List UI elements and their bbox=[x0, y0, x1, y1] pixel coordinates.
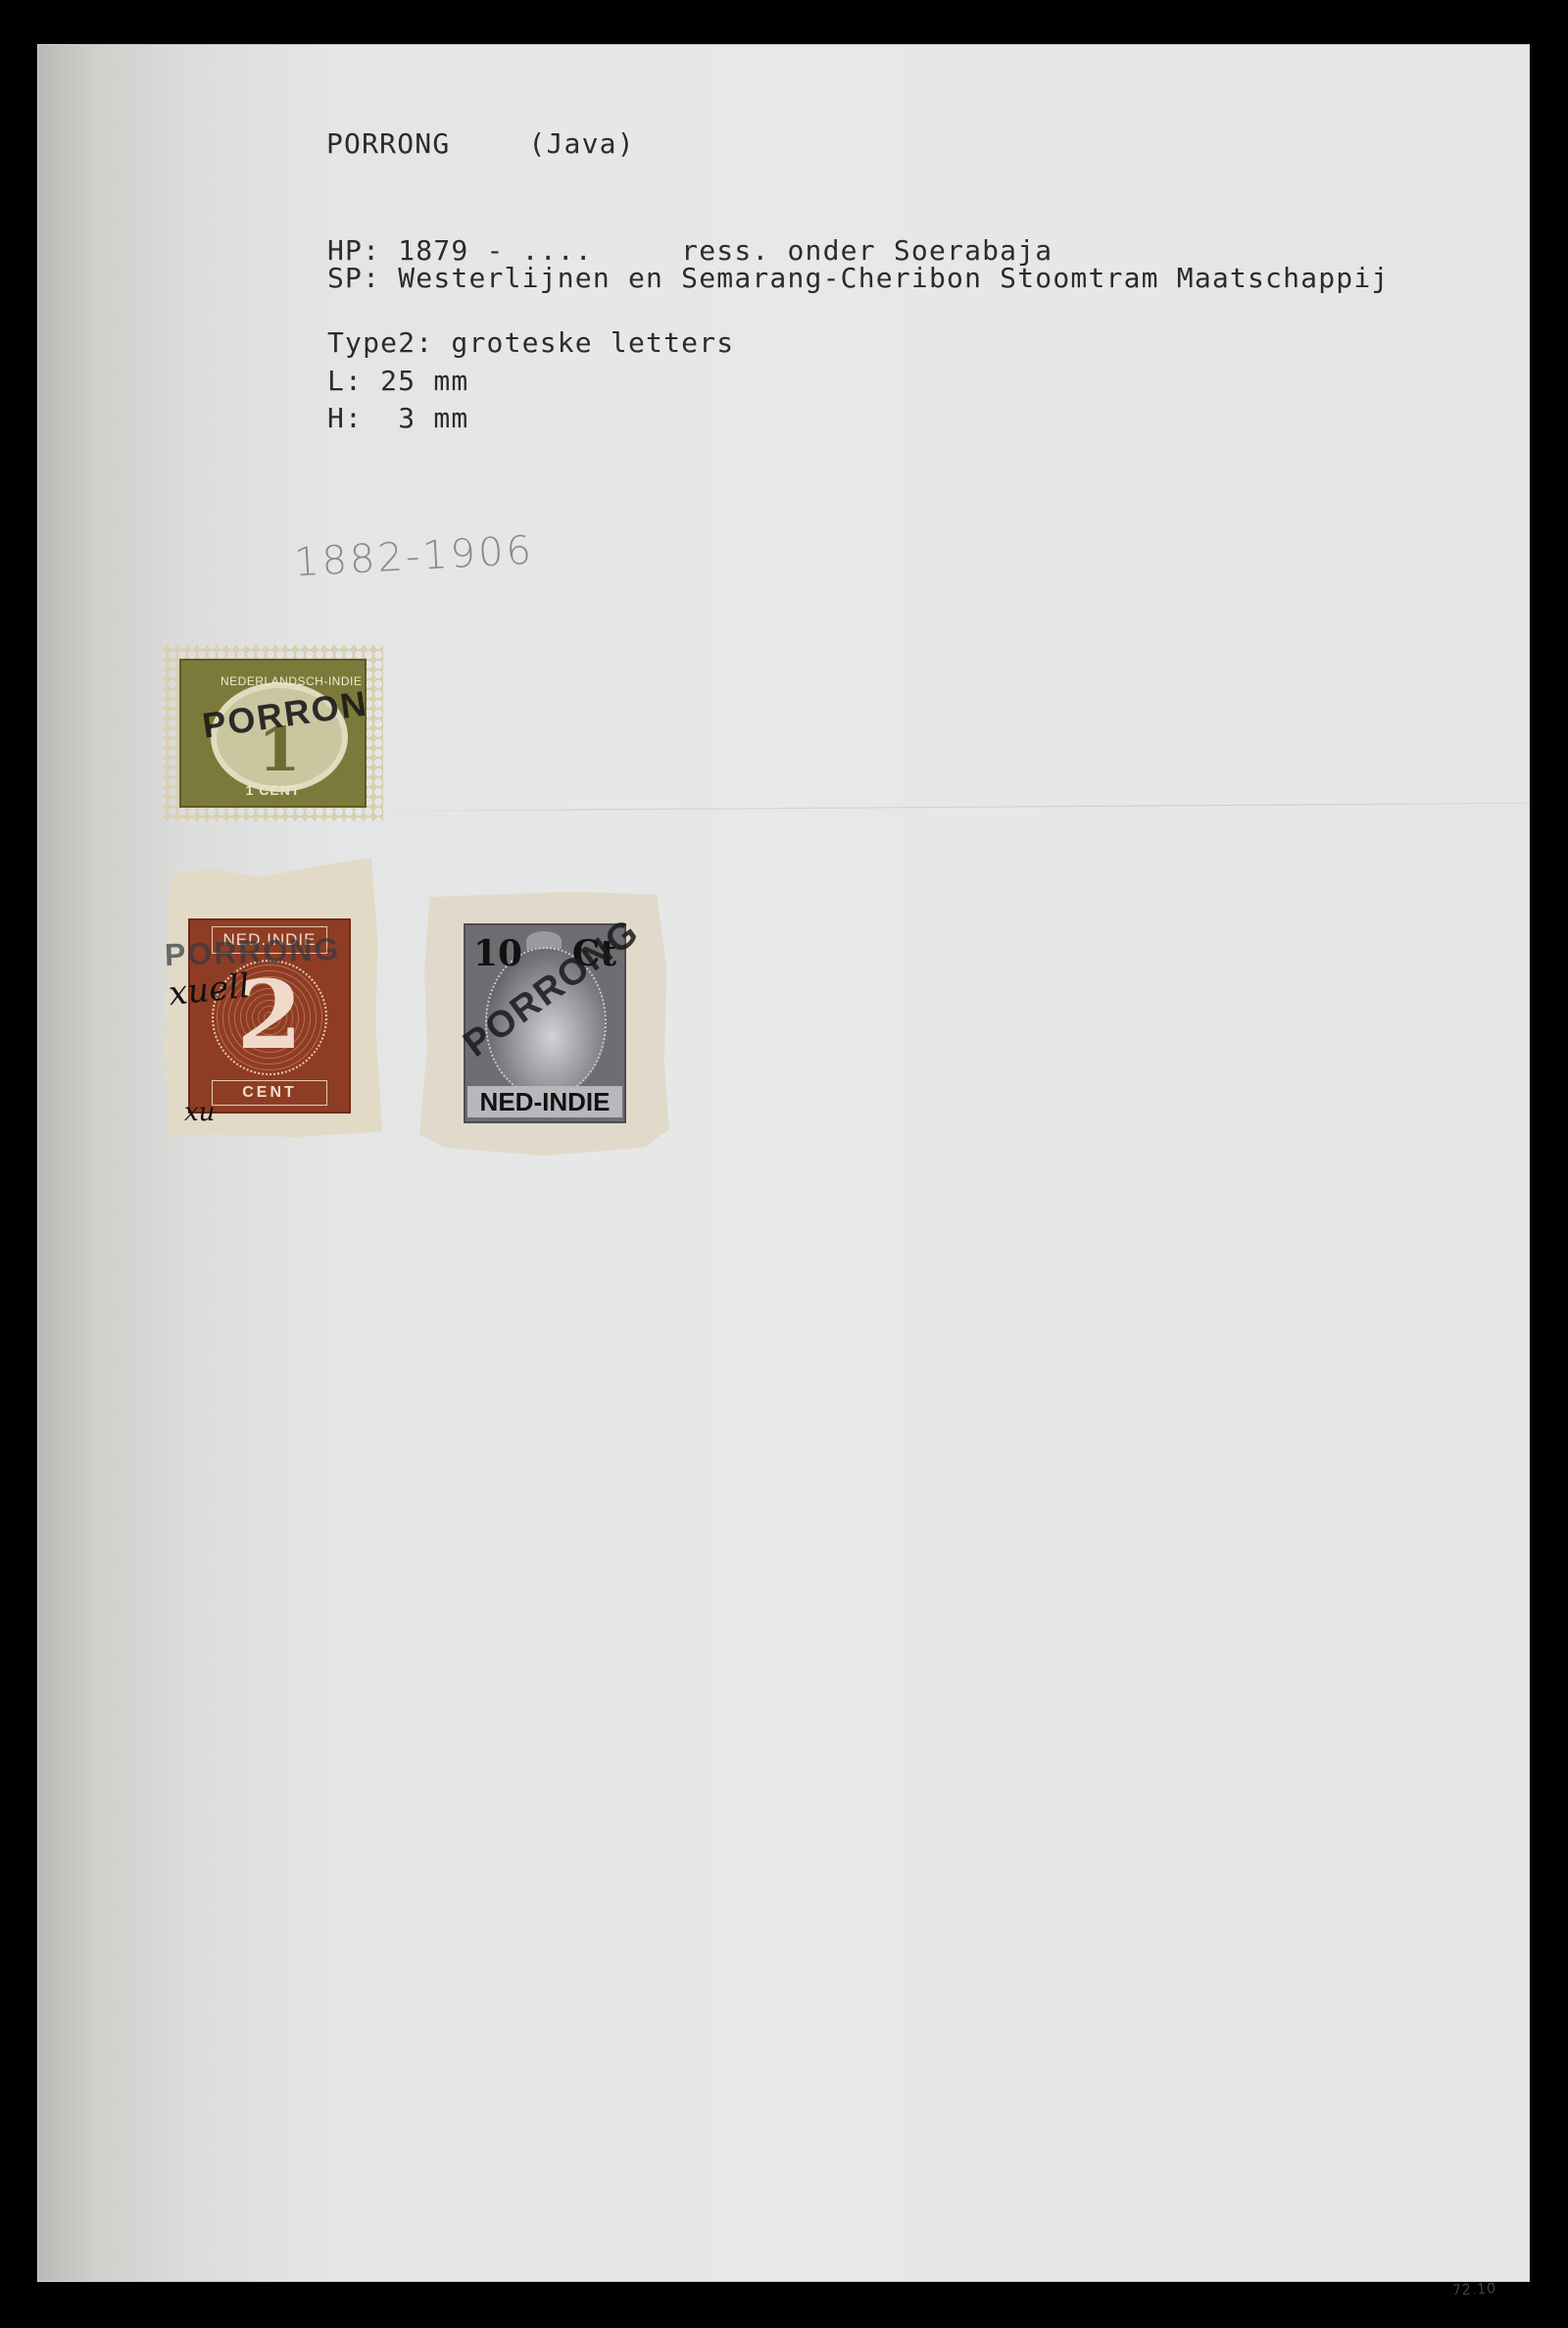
stamp-country: NED-INDIE bbox=[467, 1086, 622, 1117]
length-line: L: 25 mm bbox=[327, 368, 468, 395]
height-line: H: 3 mm bbox=[327, 405, 468, 432]
handwritten-years: 1882-1906 bbox=[293, 528, 535, 586]
region-name: (Java) bbox=[528, 127, 634, 160]
postmark-cancel: PORRONG bbox=[164, 931, 341, 973]
sp-line: SP: Westerlijnen en Semarang-Cheribon St… bbox=[327, 265, 1389, 292]
stamp-2-cent-red-on-piece: NED.INDIE 2 CENT PORRONG xuell xu bbox=[165, 858, 382, 1137]
hp-line: HP: 1879 - .... ress. onder Soerabaja bbox=[327, 237, 1053, 265]
page-heading: PORRONG(Java) bbox=[326, 130, 635, 158]
manuscript-mark: xu bbox=[184, 1098, 215, 1127]
album-page: PORRONG(Java) HP: 1879 - .... ress. onde… bbox=[37, 44, 1530, 2282]
place-name: PORRONG bbox=[326, 127, 450, 160]
stamp-value: CENT bbox=[212, 1080, 327, 1106]
stamp-1-cent-olive: 1 NEDERLANDSCH-INDIE 1 CENT PORRON bbox=[163, 645, 383, 821]
type-line: Type2: groteske letters bbox=[327, 329, 734, 357]
surcharge-value: 10 bbox=[473, 933, 522, 974]
stamp-10-cent-surcharge-on-piece: 10 Ct NED-INDIE PORRONG bbox=[419, 889, 669, 1156]
page-reference: 72.10 bbox=[1452, 2281, 1497, 2299]
stamp-value: 1 CENT bbox=[181, 782, 365, 798]
